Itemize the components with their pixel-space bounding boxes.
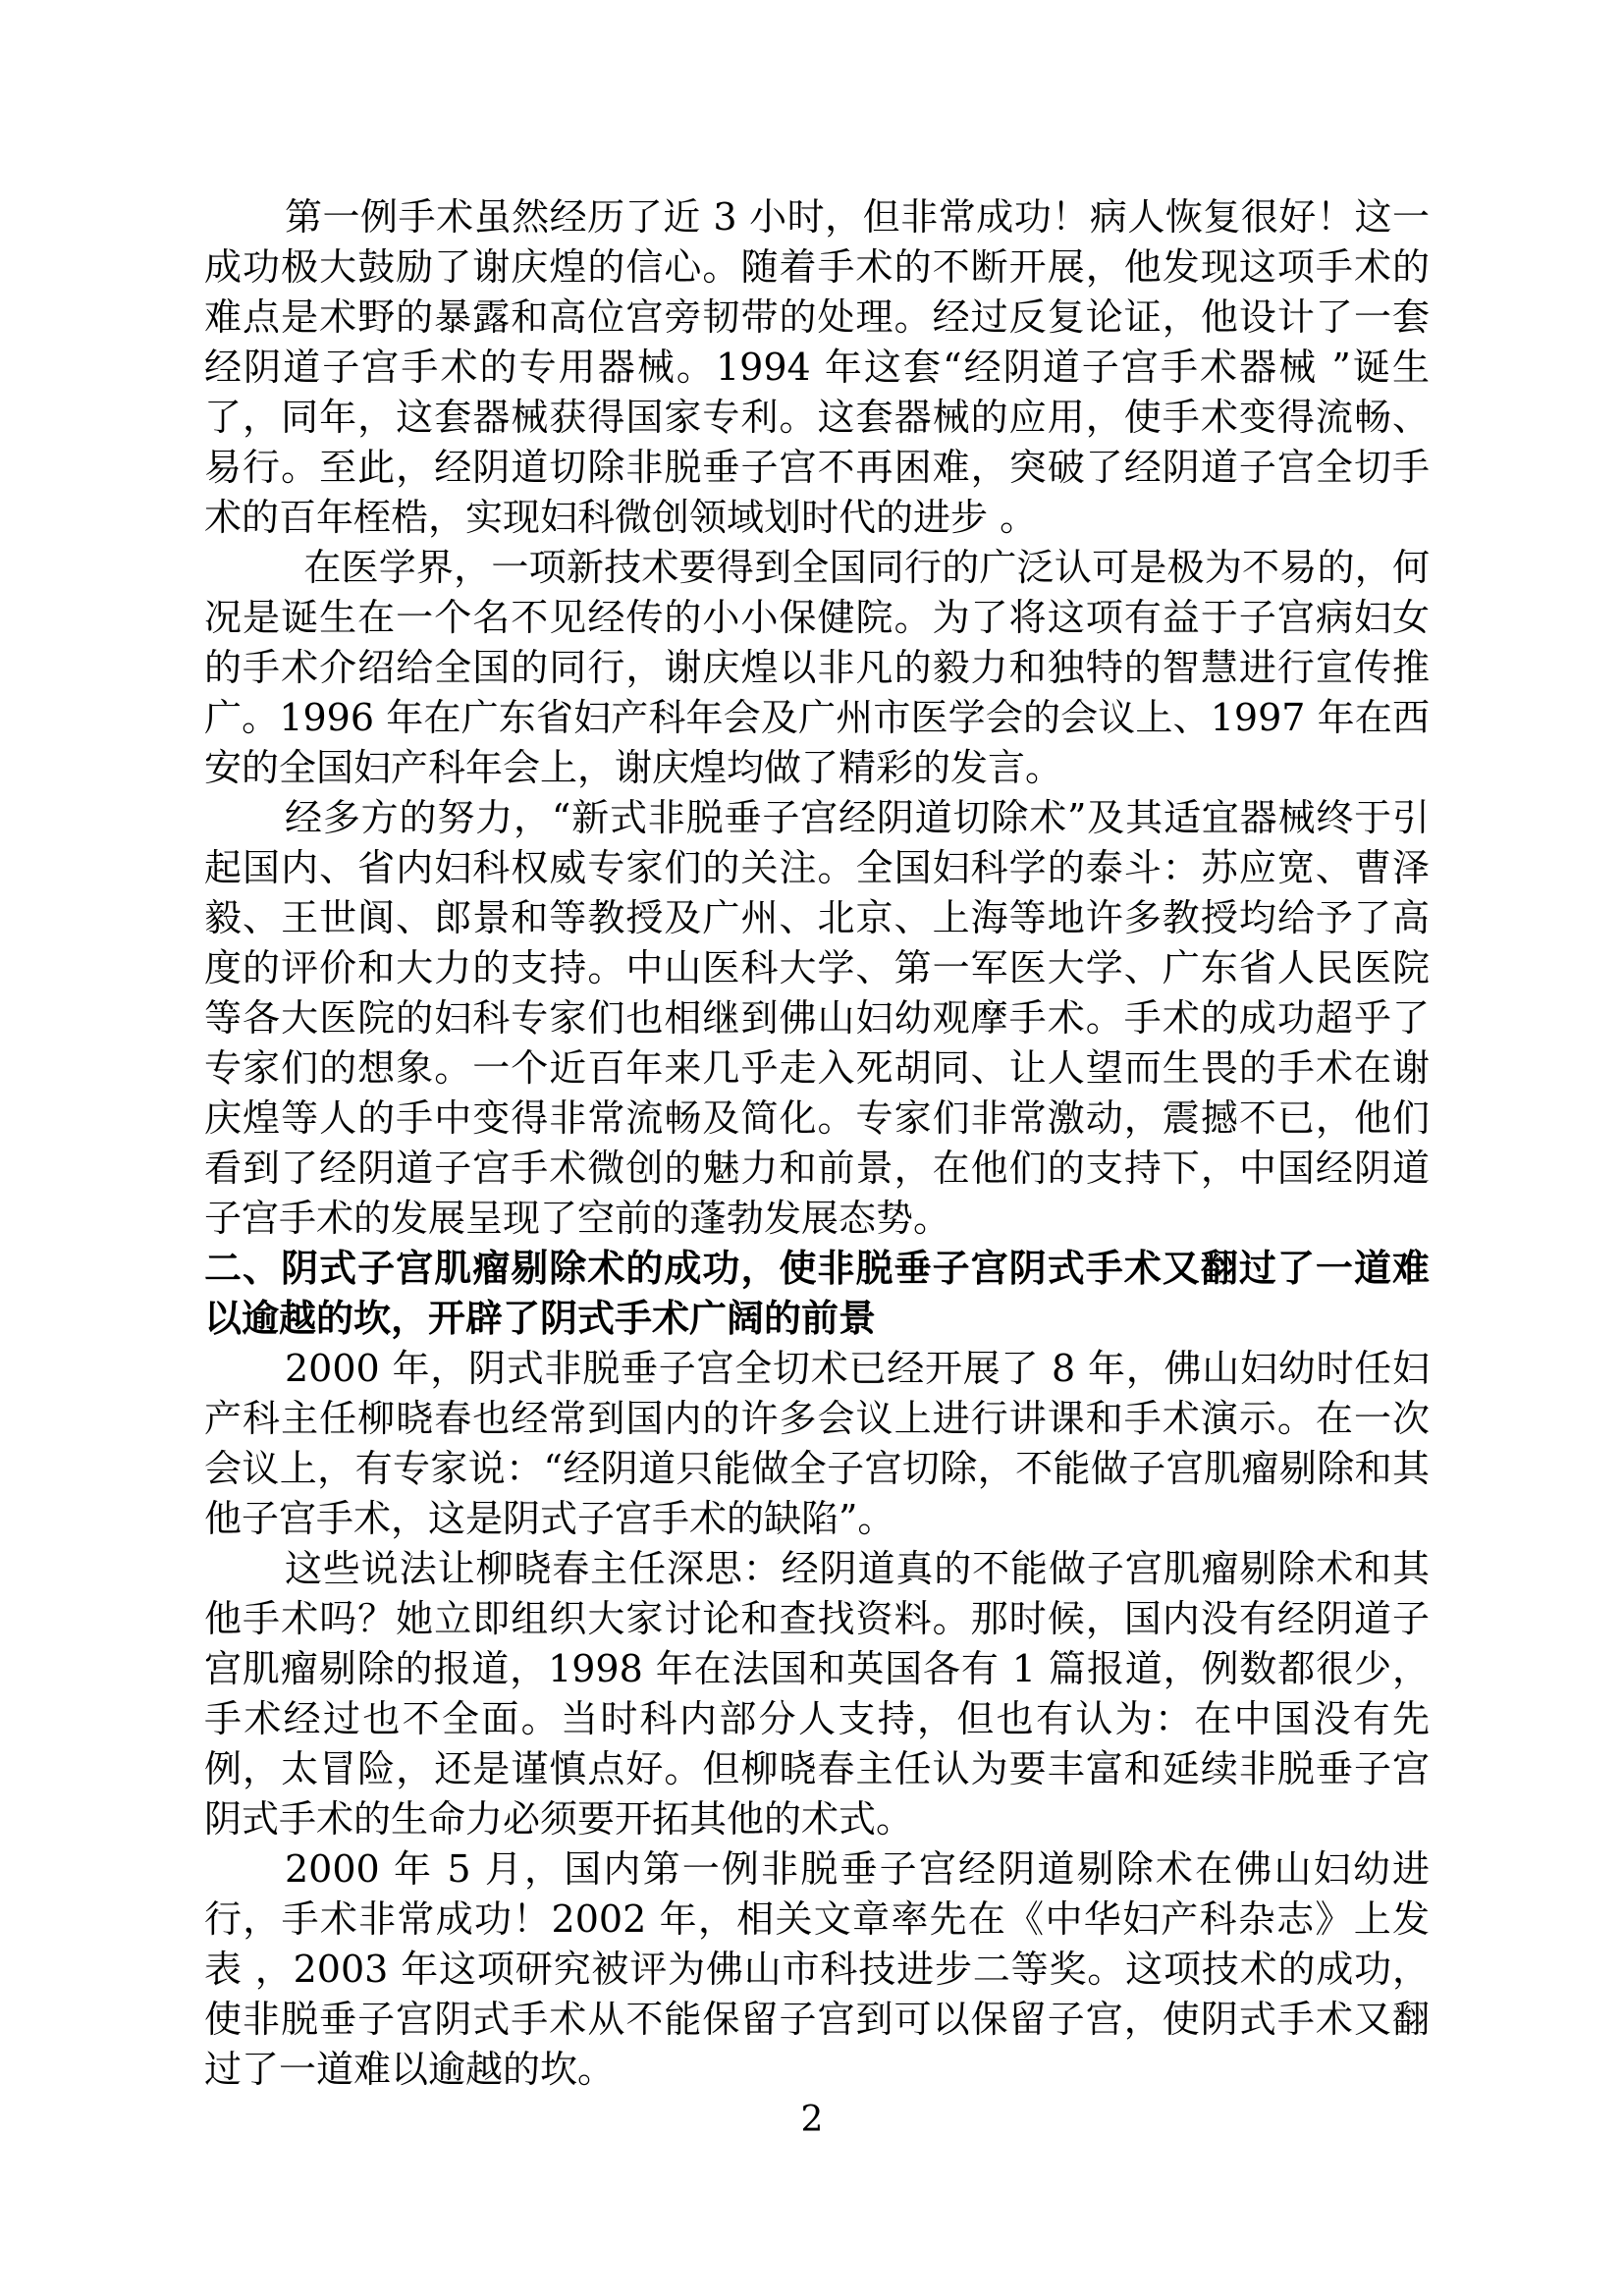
paragraph-national-recognition: 在医学界，一项新技术要得到全国同行的广泛认可是极为不易的，何况是诞生在一个名不见… [204, 543, 1430, 793]
document-body: 第一例手术虽然经历了近 3 小时，但非常成功！病人恢复很好！这一成功极大鼓励了谢… [204, 192, 1430, 2095]
paragraph-2000-conference-remark: 2000 年，阴式非脱垂子宫全切术已经开展了 8 年，佛山妇幼时任妇产科主任柳晓… [204, 1344, 1430, 1544]
section-heading-myomectomy-success: 二、阴式子宫肌瘤剔除术的成功，使非脱垂子宫阴式手术又翻过了一道难以逾越的坎，开辟… [204, 1244, 1430, 1344]
document-page: 第一例手术虽然经历了近 3 小时，但非常成功！病人恢复很好！这一成功极大鼓励了谢… [0, 0, 1624, 2296]
paragraph-first-surgery-success: 第一例手术虽然经历了近 3 小时，但非常成功！病人恢复很好！这一成功极大鼓励了谢… [204, 192, 1430, 543]
paragraph-expert-support: 经多方的努力，“新式非脱垂子宫经阴道切除术”及其适宜器械终于引起国内、省内妇科权… [204, 793, 1430, 1244]
paragraph-liuxiaochun-reflection: 这些说法让柳晓春主任深思：经阴道真的不能做子宫肌瘤剔除术和其他手术吗？她立即组织… [204, 1544, 1430, 1844]
paragraph-first-transvaginal-myomectomy: 2000 年 5 月，国内第一例非脱垂子宫经阴道剔除术在佛山妇幼进行，手术非常成… [204, 1844, 1430, 2095]
page-number: 2 [0, 2099, 1624, 2142]
